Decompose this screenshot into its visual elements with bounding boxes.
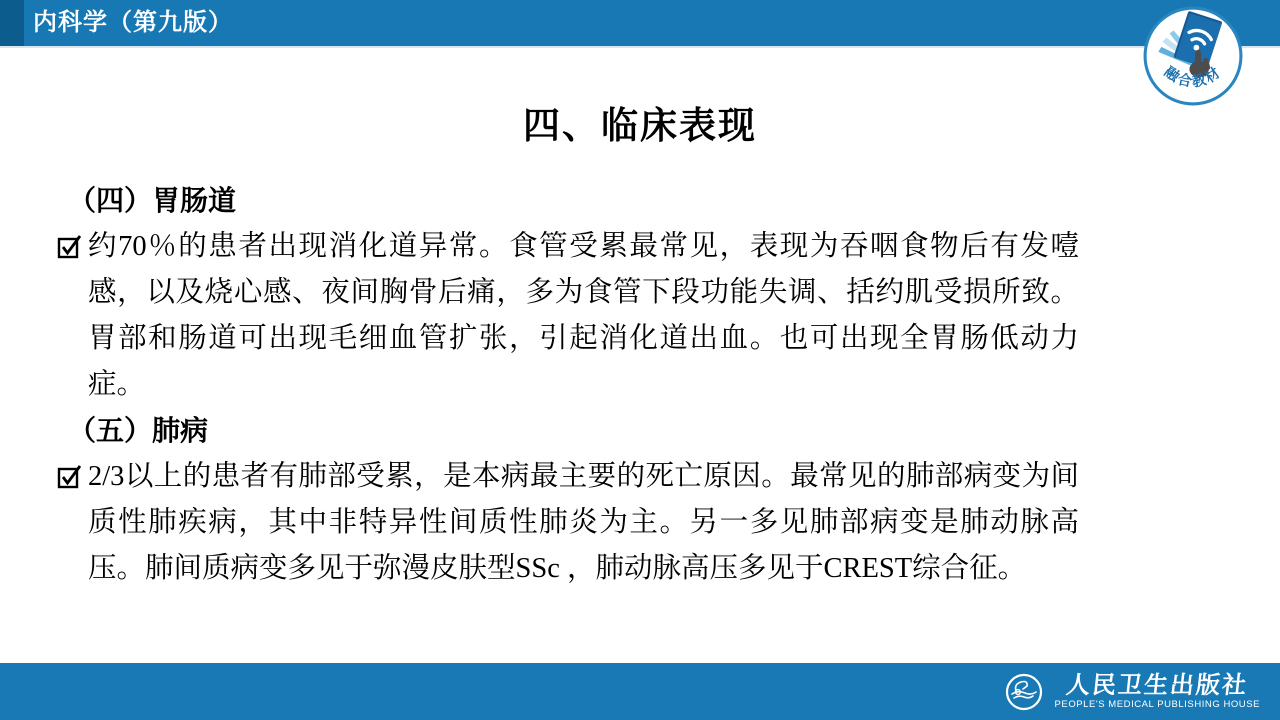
checkbox-checked-icon [57,463,82,490]
publisher-swan-icon [1003,671,1045,713]
footer-bar: 人民卫生出版社 PEOPLE'S MEDICAL PUBLISHING HOUS… [0,663,1280,720]
bullet-item-lung: 2/3以上的患者有肺部受累，是本病最主要的死亡原因。最常见的肺部病变为间质性肺疾… [57,454,1079,592]
publisher-logo: 人民卫生出版社 PEOPLE'S MEDICAL PUBLISHING HOUS… [1003,671,1260,713]
section-heading-gastrointestinal: （四）胃肠道 [57,178,1079,224]
publisher-name-cn: 人民卫生出版社 [1065,673,1250,699]
bullet-text: 约70％的患者出现消化道异常。食管受累最常见，表现为吞咽食物后有发噎感，以及烧心… [88,231,1079,400]
page-title: 四、临床表现 [0,95,1280,149]
bullet-text: 2/3以上的患者有肺部受累，是本病最主要的死亡原因。最常见的肺部病变为间质性肺疾… [88,461,1079,584]
fusion-badge-icon: 融合教材 [1142,5,1244,107]
slide-content: （四）胃肠道 约70％的患者出现消化道异常。食管受累最常见，表现为吞咽食物后有发… [57,178,1079,592]
section-heading-lung: （五）肺病 [57,408,1079,454]
header-bar: 内科学（第九版） [0,0,1280,48]
fusion-badge: 融合教材 [1142,5,1244,107]
book-title: 内科学（第九版） [33,0,233,46]
publisher-text: 人民卫生出版社 PEOPLE'S MEDICAL PUBLISHING HOUS… [1055,673,1260,711]
header-accent-square [0,0,24,46]
publisher-name-en: PEOPLE'S MEDICAL PUBLISHING HOUSE [1055,699,1260,711]
bullet-item-gastrointestinal: 约70％的患者出现消化道异常。食管受累最常见，表现为吞咽食物后有发噎感，以及烧心… [57,224,1079,408]
checkbox-checked-icon [57,233,82,260]
